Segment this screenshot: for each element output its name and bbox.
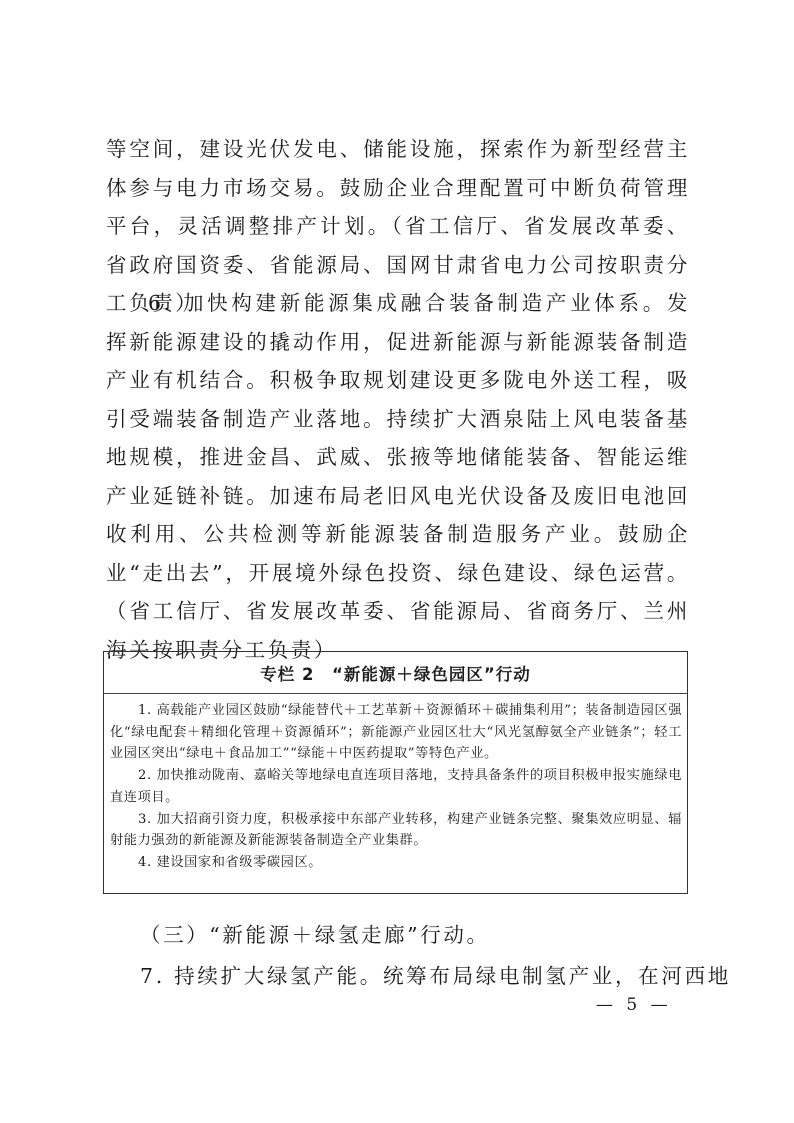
document-page: 等空间，建设光伏发电、储能设施，探索作为新型经营主体参与电力市场交易。鼓励企业合…	[0, 0, 794, 1123]
column-box-item: 2. 加快推动陇南、嘉峪关等地绿电直连项目落地，支持具备条件的项目积极申报实施绿…	[110, 765, 682, 808]
page-number: — 5 —	[596, 995, 672, 1015]
column-box-item: 1. 高载能产业园区鼓励“绿能替代＋工艺革新＋资源循环＋碳捕集利用”；装备制造园…	[110, 700, 682, 765]
column-box: 专栏 2 “新能源＋绿色园区”行动 1. 高载能产业园区鼓励“绿能替代＋工艺革新…	[103, 651, 688, 894]
column-box-body: 1. 高载能产业园区鼓励“绿能替代＋工艺革新＋资源循环＋碳捕集利用”；装备制造园…	[104, 694, 687, 874]
column-box-item: 4. 建设国家和省级零碳园区。	[110, 852, 682, 874]
column-box-title: 专栏 2 “新能源＋绿色园区”行动	[104, 652, 687, 694]
paragraph-item-6: 6. 加快构建新能源集成融合装备制造产业体系。发挥新能源建设的撬动作用，促进新能…	[106, 284, 690, 669]
section-heading: （三）“新能源＋绿氢走廊”行动。	[140, 918, 490, 948]
column-box-item: 3. 加大招商引资力度，积极承接中东部产业转移，构建产业链条完整、聚集效应明显、…	[110, 809, 682, 852]
paragraph-item-7: 7. 持续扩大绿氢产能。统筹布局绿电制氢产业，在河西地	[140, 959, 731, 989]
